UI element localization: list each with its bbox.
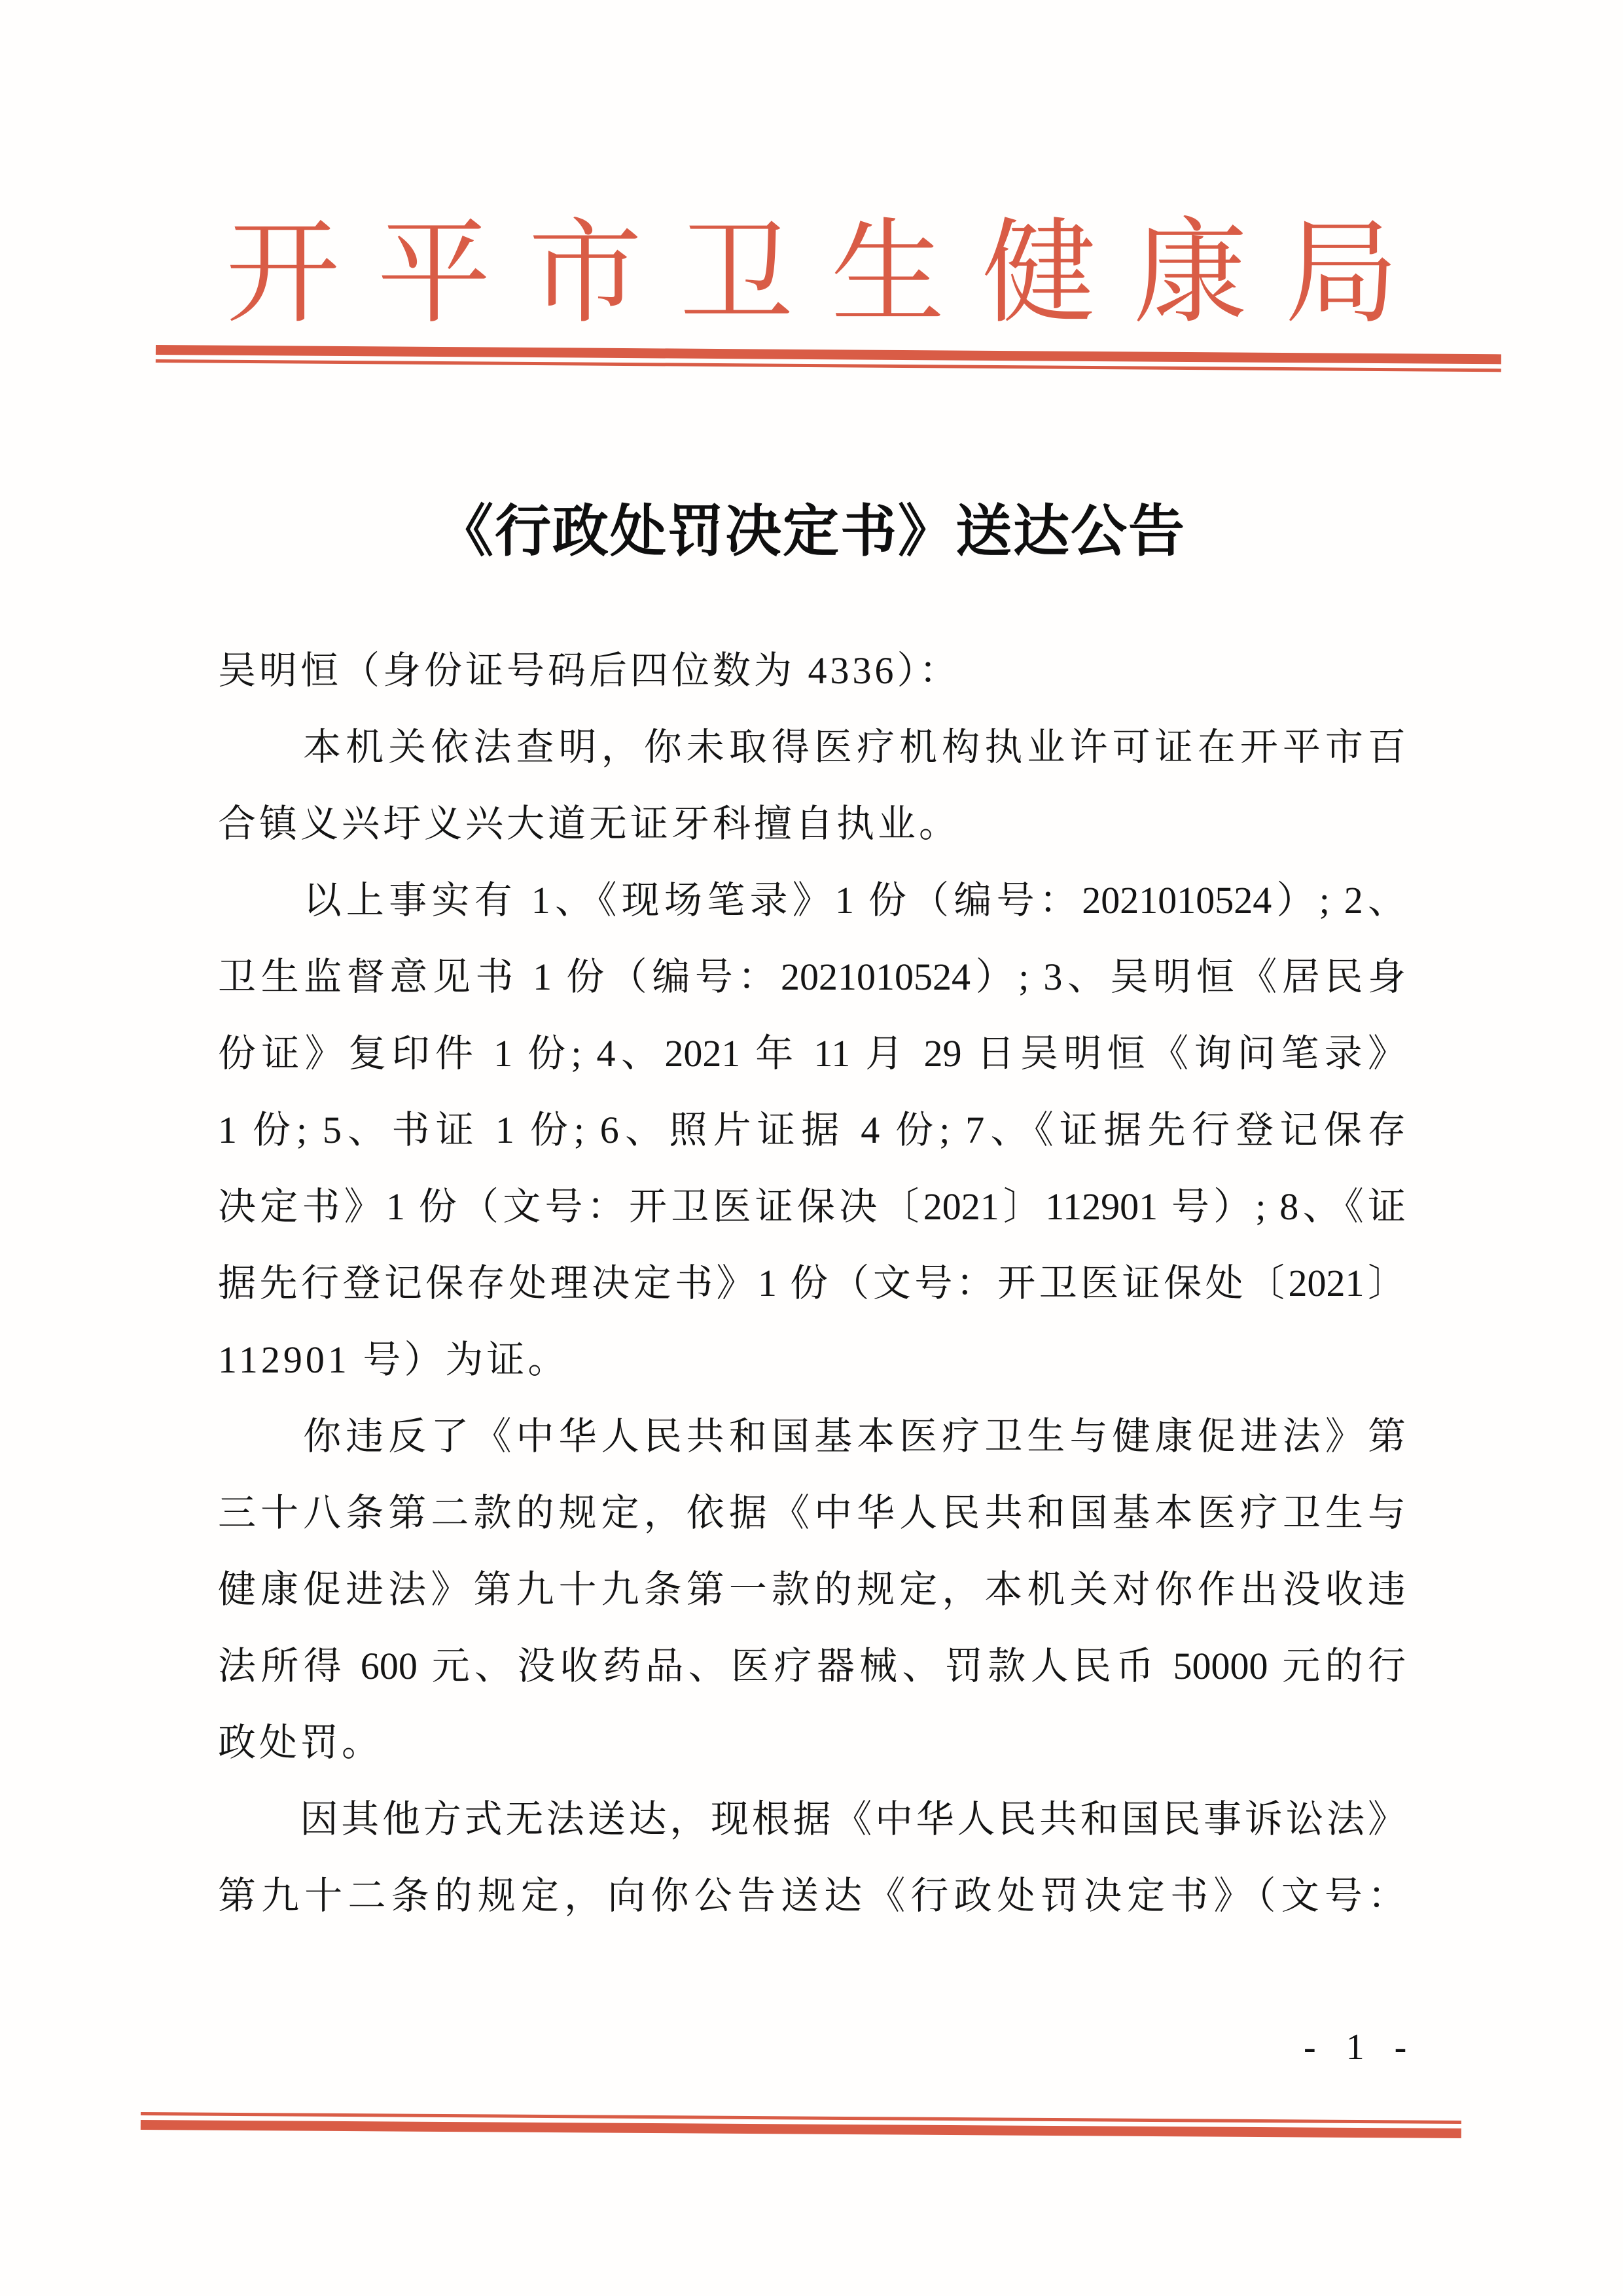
body-line: 份证》复印件 1 份; 4、2021 年 11 月 29 日吴明恒《询问笔录》 — [218, 1015, 1406, 1092]
document-page: 开平市卫生健康局 《行政处罚决定书》送达公告 吴明恒（身份证号码后四位数为 43… — [0, 0, 1623, 2296]
body-line: 决定书》1 份（文号：开卫医证保决〔2021〕112901 号）; 8、《证 — [218, 1168, 1406, 1245]
body-line: 合镇义兴圩义兴大道无证牙科擅自执业。 — [218, 785, 1406, 862]
body-line: 1 份; 5、书证 1 份; 6、照片证据 4 份; 7、《证据先行登记保存 — [218, 1092, 1406, 1168]
body-line: 第九十二条的规定，向你公告送达《行政处罚决定书》（文号： — [218, 1857, 1406, 1934]
document-body: 吴明恒（身份证号码后四位数为 4336）： 本机关依法查明，你未取得医疗机构执业… — [218, 632, 1406, 1934]
body-line: 健康促进法》第九十九条第一款的规定，本机关对你作出没收违 — [218, 1551, 1406, 1628]
document-title: 《行政处罚决定书》送达公告 — [0, 486, 1623, 567]
body-line: 吴明恒（身份证号码后四位数为 4336）： — [218, 632, 1406, 709]
body-line: 因其他方式无法送达，现根据《中华人民共和国民事诉讼法》 — [218, 1781, 1406, 1857]
body-line: 以上事实有 1、《现场笔录》1 份（编号：2021010524）; 2、 — [218, 862, 1406, 939]
body-line: 三十八条第二款的规定，依据《中华人民共和国基本医疗卫生与 — [218, 1475, 1406, 1551]
body-line: 法所得 600 元、没收药品、医疗器械、罚款人民币 50000 元的行 — [218, 1628, 1406, 1704]
header-divider — [156, 345, 1501, 372]
body-line: 卫生监督意见书 1 份（编号：2021010524）; 3、吴明恒《居民身 — [218, 939, 1406, 1015]
body-line: 112901 号）为证。 — [218, 1321, 1406, 1398]
body-line: 据先行登记保存处理决定书》1 份（文号：开卫医证保处〔2021〕 — [218, 1245, 1406, 1321]
body-line: 你违反了《中华人民共和国基本医疗卫生与健康促进法》第 — [218, 1398, 1406, 1475]
page-number: - 1 - — [1304, 2026, 1417, 2068]
footer-divider — [141, 2112, 1461, 2138]
body-line: 政处罚。 — [218, 1704, 1406, 1781]
body-line: 本机关依法查明，你未取得医疗机构执业许可证在开平市百 — [218, 709, 1406, 785]
agency-name: 开平市卫生健康局 — [226, 217, 1399, 331]
